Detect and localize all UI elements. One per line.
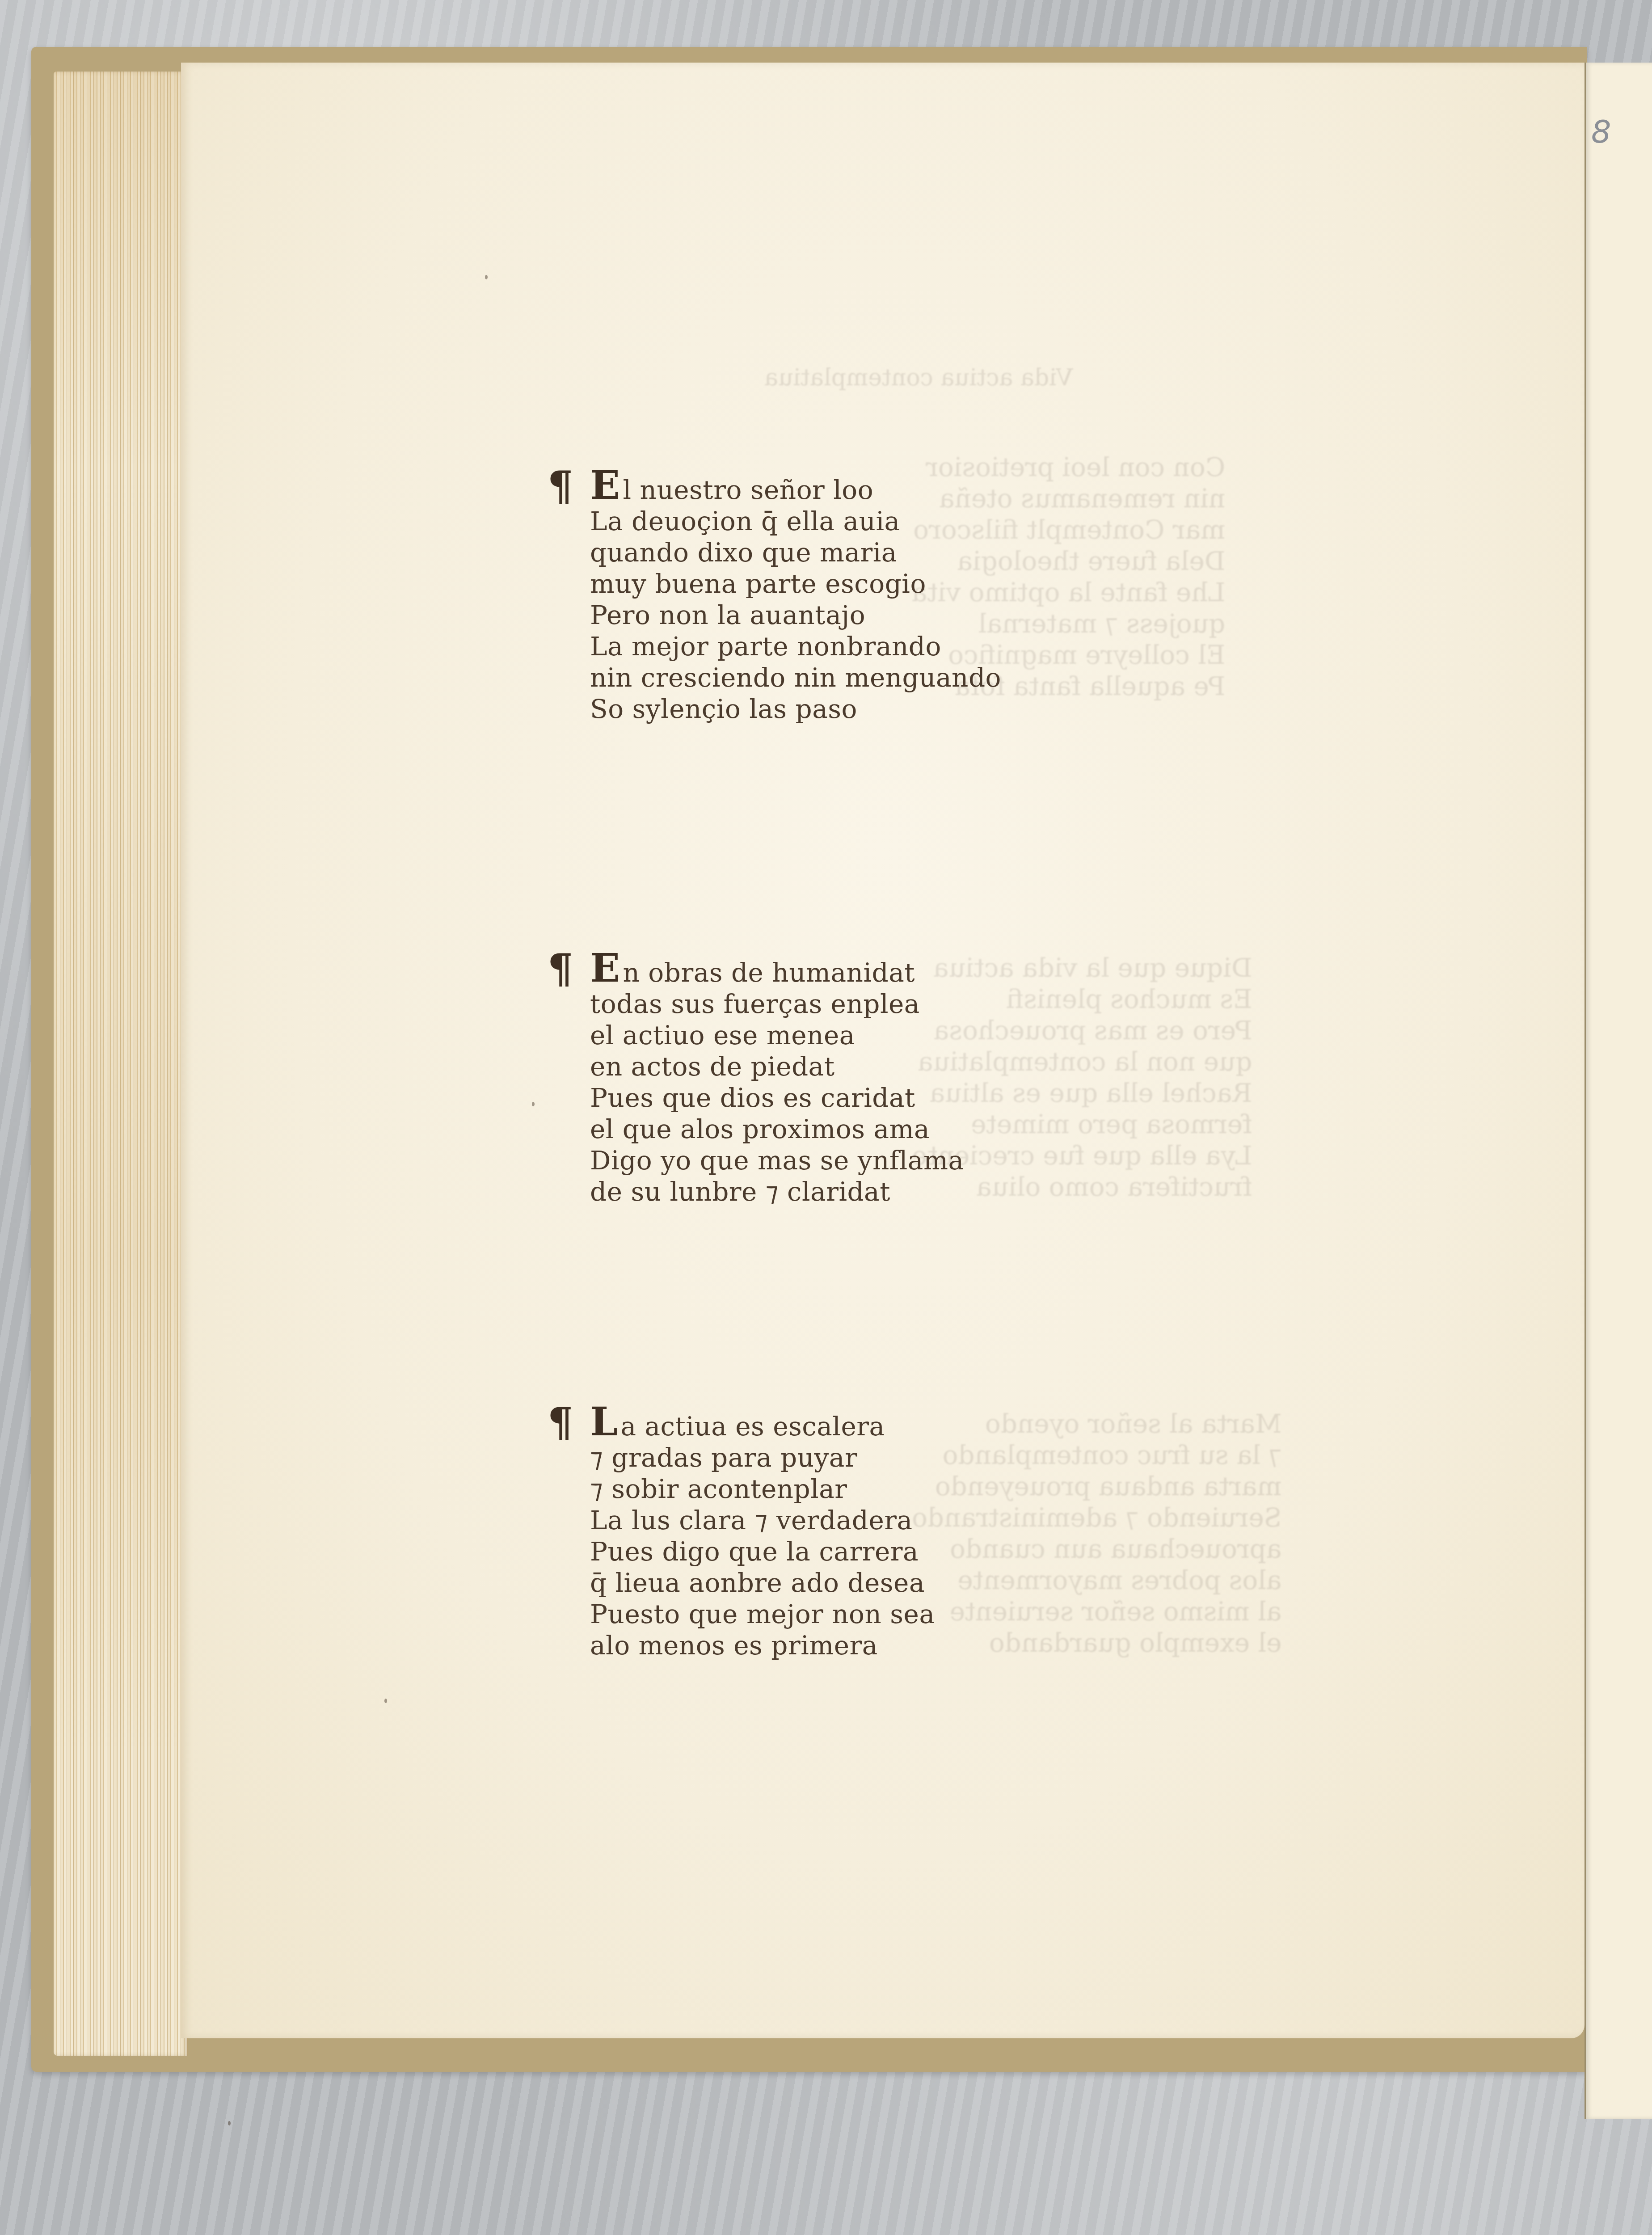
verse-line: quando dixo que maria — [548, 537, 1001, 568]
verse-line: La actiua es escalera — [548, 1406, 935, 1442]
verse-line: muy buena parte escogio — [548, 568, 1001, 599]
verse-line: q̄ lieua aonbre ado desea — [548, 1567, 935, 1598]
pilcrow-mark: ¶ — [548, 949, 573, 989]
verse-line: alo menos es primera — [548, 1630, 935, 1661]
verse-line: en actos de piedat — [548, 1051, 964, 1082]
verse-line: La mejor parte nonbrando — [548, 631, 1001, 662]
stanza-1: ¶ El nuestro señor loo La deuoçion q̄ el… — [548, 469, 1001, 725]
verse-line: En obras de humanidat — [548, 952, 964, 988]
bleed-line: al mismo señor seruiente — [912, 1596, 1281, 1627]
initial-letter: E — [590, 462, 620, 508]
verse-line: nin cresciendo nin menguando — [548, 662, 1001, 693]
verse-line: Puesto que mejor non sea — [548, 1598, 935, 1630]
verse-line: La deuoçion q̄ ella auia — [548, 506, 1001, 537]
next-leaf-edge: 8 — [1585, 63, 1652, 2119]
verse-line: Pues que dios es caridat — [548, 1082, 964, 1113]
bleed-line: ⁊ la su fruc contemplando — [912, 1439, 1281, 1471]
bleed-line: aprouechaua aun cuando — [912, 1533, 1281, 1564]
page-block-edges — [54, 72, 188, 2056]
verse-line: Pues digo que la carrera — [548, 1536, 935, 1567]
verse-line: todas sus fuerças enplea — [548, 988, 964, 1020]
verse-line: El nuestro señor loo — [548, 469, 1001, 506]
bleed-line: Marta al señor oyendo — [912, 1408, 1281, 1439]
stanza-2: ¶ En obras de humanidat todas sus fuerça… — [548, 952, 964, 1207]
bleed-line: Seruiendo ⁊ adeministrando — [912, 1502, 1281, 1533]
stanza-3: ¶ La actiua es escalera ⁊ gradas para pu… — [548, 1406, 935, 1661]
verse-line: ⁊ sobir acontenplar — [548, 1473, 935, 1505]
bleed-line: el exemplo guardando — [912, 1627, 1281, 1658]
paper-speck — [532, 1102, 535, 1106]
pilcrow-mark: ¶ — [548, 1402, 573, 1442]
verse-line: La lus clara ⁊ verdadera — [548, 1505, 935, 1536]
verse-line: el que alos proximos ama — [548, 1113, 964, 1145]
paper-speck — [485, 275, 488, 279]
verse-line: ⁊ gradas para puyar — [548, 1442, 935, 1473]
bleed-line: marta andaua proueyendo — [912, 1471, 1281, 1502]
verse-line: Digo yo que mas se ynflama — [548, 1145, 964, 1176]
verse-line: Pero non la auantajo — [548, 599, 1001, 631]
folio-number: 8 — [1591, 116, 1611, 148]
initial-letter: L — [590, 1398, 618, 1445]
initial-letter: E — [590, 945, 620, 991]
bleed-through-block: Marta al señor oyendo ⁊ la su fruc conte… — [912, 1408, 1281, 1658]
bleed-through-heading: Vida actiua contemplatiua — [764, 362, 1073, 393]
paper-speck — [228, 2121, 231, 2125]
verse-line: de su lunbre ⁊ claridat — [548, 1176, 964, 1207]
bleed-line: alos pobres mayormente — [912, 1564, 1281, 1596]
pilcrow-mark: ¶ — [548, 466, 573, 506]
verse-line: el actiuo ese menea — [548, 1020, 964, 1051]
paper-speck — [384, 1699, 387, 1703]
verse-line: So sylençio las paso — [548, 693, 1001, 725]
